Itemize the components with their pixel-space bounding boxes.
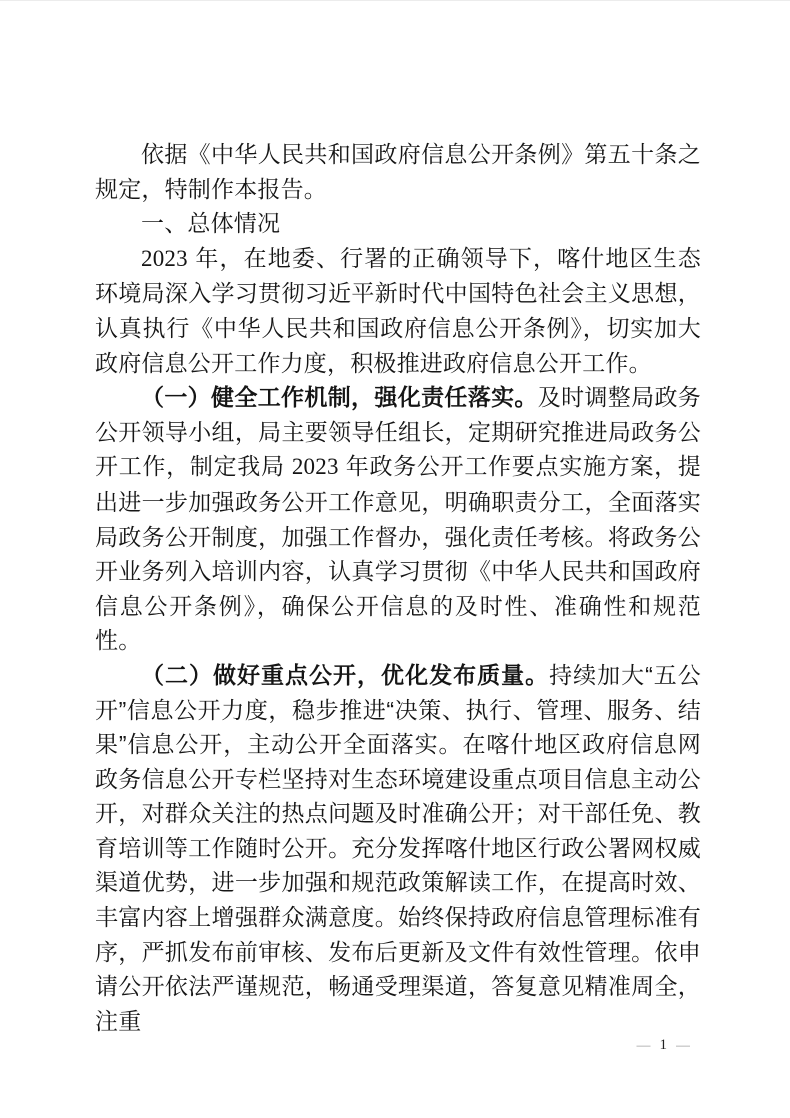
paragraph-overview-2023: 2023 年，在地委、行署的正确领导下，喀什地区生态环境局深入学习贯彻习近平新时… — [95, 241, 701, 380]
footer-dash-left: — — [637, 1038, 651, 1052]
year-number: 2023 — [141, 246, 188, 271]
paragraph-text: 年政务公开工作要点实施方案，提出进一步加强政务公开工作意见，明确职责分工，全面落… — [95, 453, 701, 653]
document-page: 依据《中华人民共和国政府信息公开条例》第五十条之规定，特制作本报告。 一、总体情… — [0, 0, 790, 1118]
footer-dash-right: — — [676, 1038, 690, 1052]
document-body: 依据《中华人民共和国政府信息公开条例》第五十条之规定，特制作本报告。 一、总体情… — [95, 137, 701, 1038]
paragraph-text: 持续加大“五公开”信息公开力度，稳步推进“决策、执行、管理、服务、结果”信息公开… — [95, 662, 701, 1034]
paragraph-work-mechanism: （一）健全工作机制，强化责任落实。及时调整局政务公开领导小组，局主要领导任组长，… — [95, 380, 701, 658]
subsection-lead-bold: （二）做好重点公开，优化发布质量。 — [141, 662, 549, 688]
section-heading-overview: 一、总体情况 — [95, 206, 701, 241]
paragraph-legal-basis: 依据《中华人民共和国政府信息公开条例》第五十条之规定，特制作本报告。 — [95, 137, 701, 206]
page-number: 1 — [660, 1036, 668, 1054]
paragraph-key-disclosure: （二）做好重点公开，优化发布质量。持续加大“五公开”信息公开力度，稳步推进“决策… — [95, 658, 701, 1039]
subsection-lead-bold: （一）健全工作机制，强化责任落实。 — [141, 384, 538, 410]
page-footer: — 1 — — [637, 1036, 691, 1054]
section-heading-text: 一、总体情况 — [141, 210, 280, 236]
year-number: 2023 — [292, 454, 339, 479]
paragraph-text: 依据《中华人民共和国政府信息公开条例》第五十条之规定，特制作本报告。 — [95, 141, 701, 202]
